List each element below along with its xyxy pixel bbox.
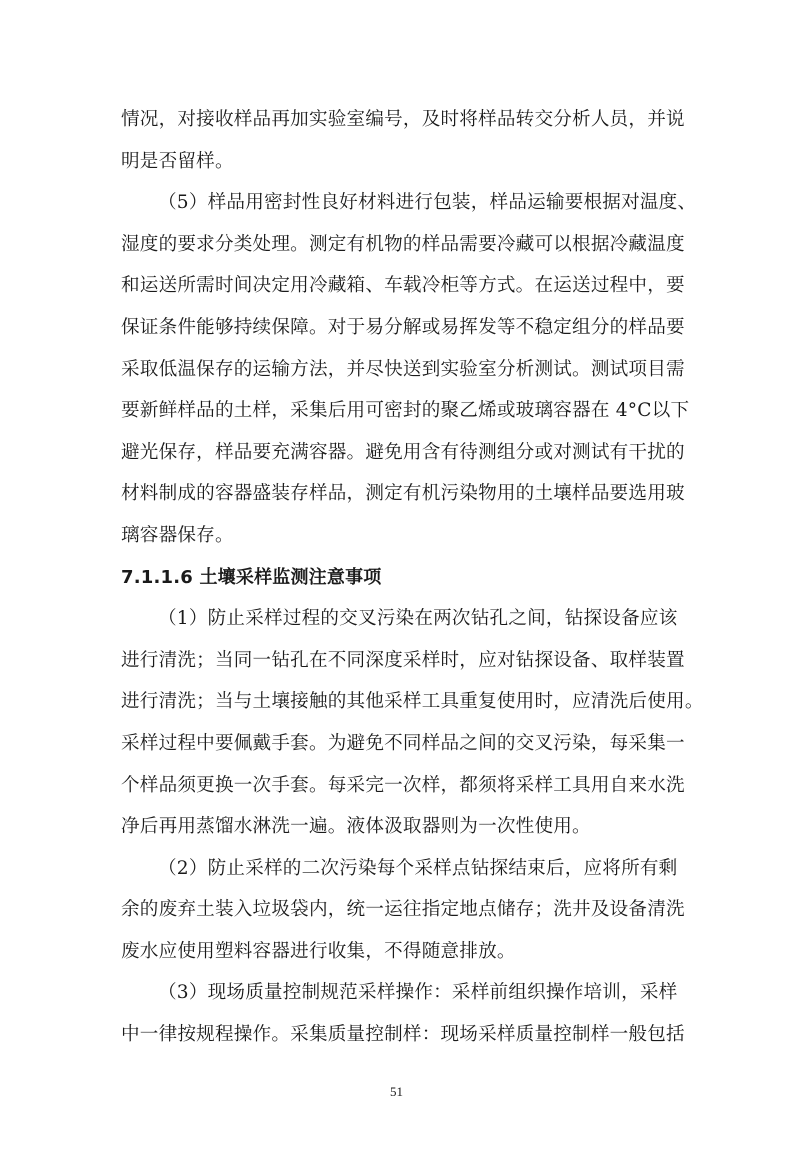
paragraph-line: 璃容器保存。 xyxy=(121,515,675,557)
section-heading: 7.1.1.6 土壤采样监测注意事项 xyxy=(121,557,675,599)
page-number: 51 xyxy=(0,1084,793,1100)
paragraph-line: 和运送所需时间决定用冷藏箱、车载冷柜等方式。在运送过程中，要 xyxy=(121,265,675,307)
paragraph-line: 采取低温保存的运输方法，并尽快送到实验室分析测试。测试项目需 xyxy=(121,349,675,391)
document-page: 情况，对接收样品再加实验室编号，及时将样品转交分析人员，并说 明是否留样。 （5… xyxy=(121,99,675,1056)
paragraph-line: 余的废弃土装入垃圾袋内，统一运往指定地点储存；洗井及设备清洗 xyxy=(121,889,675,931)
paragraph-line-indented: （5）样品用密封性良好材料进行包装，样品运输要根据对温度、 xyxy=(121,182,675,224)
paragraph-line: 进行清洗；当同一钻孔在不同深度采样时，应对钻探设备、取样装置 xyxy=(121,640,675,682)
paragraph-line: 进行清洗；当与土壤接触的其他采样工具重复使用时，应清洗后使用。 xyxy=(121,681,675,723)
paragraph-line: 个样品须更换一次手套。每采完一次样，都须将采样工具用自来水洗 xyxy=(121,765,675,807)
paragraph-line-indented: （3）现场质量控制规范采样操作：采样前组织操作培训，采样 xyxy=(121,972,675,1014)
paragraph-line: 保证条件能够持续保障。对于易分解或易挥发等不稳定组分的样品要 xyxy=(121,307,675,349)
paragraph-line: 废水应使用塑料容器进行收集，不得随意排放。 xyxy=(121,931,675,973)
paragraph-line: 湿度的要求分类处理。测定有机物的样品需要冷藏可以根据冷藏温度 xyxy=(121,224,675,266)
paragraph-line: 要新鲜样品的土样，采集后用可密封的聚乙烯或玻璃容器在 4°C以下 xyxy=(121,390,675,432)
paragraph-line: 净后再用蒸馏水淋洗一遍。液体汲取器则为一次性使用。 xyxy=(121,806,675,848)
paragraph-line: 中一律按规程操作。采集质量控制样：现场采样质量控制样一般包括 xyxy=(121,1014,675,1056)
paragraph-line: 避光保存，样品要充满容器。避免用含有待测组分或对测试有干扰的 xyxy=(121,432,675,474)
paragraph-line-indented: （2）防止采样的二次污染每个采样点钻探结束后，应将所有剩 xyxy=(121,848,675,890)
paragraph-line-indented: （1）防止采样过程的交叉污染在两次钻孔之间，钻探设备应该 xyxy=(121,598,675,640)
paragraph-line: 情况，对接收样品再加实验室编号，及时将样品转交分析人员，并说 xyxy=(121,99,675,141)
paragraph-line: 明是否留样。 xyxy=(121,141,675,183)
paragraph-line: 采样过程中要佩戴手套。为避免不同样品之间的交叉污染，每采集一 xyxy=(121,723,675,765)
paragraph-line: 材料制成的容器盛装存样品，测定有机污染物用的土壤样品要选用玻 xyxy=(121,473,675,515)
